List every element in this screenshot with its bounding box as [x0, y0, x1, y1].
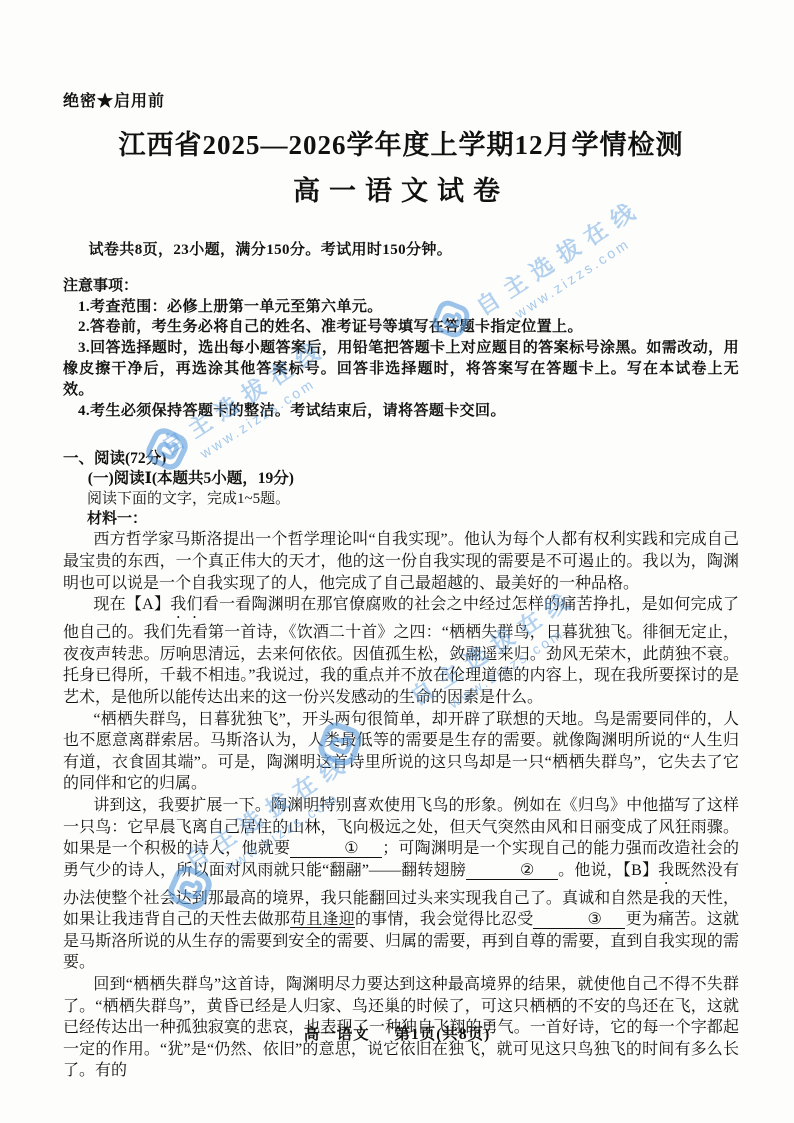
- material-paragraph: 现在【A】我们看一看陶渊明在那官僚腐败的社会之中经过怎样的痛苦挣扎，是如何完成了…: [63, 594, 739, 708]
- page-content: 绝密★启用前 江西省2025—2026学年度上学期12月学情检测 高一语文试卷 …: [63, 0, 739, 1082]
- notice-item-1: 1.考查范围：必修上册第一单元至第六单元。: [63, 297, 739, 318]
- section-subheading-reading1: (一)阅读Ⅰ(本题共5小题，19分): [63, 469, 739, 489]
- exam-info-line: 试卷共8页，23小题，满分150分。考试用时150分钟。: [63, 240, 739, 261]
- exam-paper-page: 绝密★启用前 江西省2025—2026学年度上学期12月学情检测 高一语文试卷 …: [0, 0, 794, 1123]
- notice-item-2: 2.答卷前，考生务必将自己的姓名、准考证号等填写在答题卡指定位置上。: [63, 317, 739, 338]
- material-paragraph: 讲到这，我要扩展一下。陶渊明特别喜欢使用飞鸟的形象。例如在《归鸟》中他描写了这样…: [63, 795, 739, 974]
- section-instruction: 阅读下面的文字，完成1~5题。: [63, 489, 739, 509]
- notice-item-4: 4.考生必须保持答题卡的整洁。考试结束后，请将答题卡交回。: [63, 401, 739, 422]
- secrecy-label: 绝密★启用前: [63, 88, 739, 111]
- notice-item-3: 3.回答选择题时，选出每小题答案后，用铅笔把答题卡上对应题目的答案标号涂黑。如需…: [63, 338, 739, 400]
- exam-subtitle: 高一语文试卷: [63, 169, 739, 208]
- notice-heading: 注意事项：: [63, 276, 739, 297]
- footer-page-number: 第1页(共8页): [394, 1026, 490, 1043]
- section-heading-reading: 一、阅读(72分): [63, 449, 739, 469]
- page-footer: 高一语文第1页(共8页): [0, 1022, 794, 1044]
- material-paragraph: 西方哲学家马斯洛提出一个哲学理论叫“自我实现”。他认为每个人都有权利实践和完成自…: [63, 529, 739, 594]
- exam-title: 江西省2025—2026学年度上学期12月学情检测: [63, 123, 739, 162]
- footer-course: 高一语文: [304, 1026, 370, 1043]
- material-one-label: 材料一：: [63, 509, 739, 529]
- material-paragraph: “栖栖失群鸟，日暮犹独飞”，开头两句很简单，却开辟了联想的天地。鸟是需要同伴的，…: [63, 709, 739, 795]
